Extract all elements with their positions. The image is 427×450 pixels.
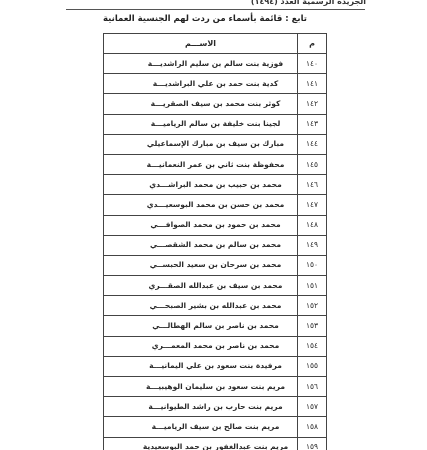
row-name: مريم بنت سعود بن سليمان الوهيبيـــة — [104, 377, 298, 397]
column-header-name: الاســـم — [104, 34, 298, 54]
row-number: ١٥٢ — [298, 296, 327, 316]
table-row: ١٥٠محمد بن سرحان بن سعيد الحبســي — [104, 255, 327, 275]
row-name: محمد بن حسن بن محمد البوسعيـــدي — [104, 195, 298, 215]
row-name-text: محمد بن عبدالله بن بشير الصبحـــي — [104, 297, 297, 315]
row-name: محفوظة بنت ثاني بن عمر النعمانيـــة — [104, 154, 298, 174]
row-number: ١٥٦ — [298, 377, 327, 397]
row-number: ١٤٤ — [298, 134, 327, 154]
row-name: مريم بنت عبدالغفور بن حمد البوسعيدية — [104, 437, 298, 450]
row-number: ١٥٥ — [298, 356, 327, 376]
table-row: ١٤١كدية بنت حمد بن علي البراشديـــة — [104, 74, 327, 94]
column-header-number: م — [298, 34, 327, 54]
row-name-text: لجينا بنت خليفة بن سالم الرياميـــة — [104, 115, 297, 133]
row-name-text: محمد بن ناصر بن سالم الهطالـــي — [104, 317, 297, 335]
table-row: ١٤٤مبارك بن سيف بن مبارك الإسماعيلي — [104, 134, 327, 154]
row-name-text: مريم بنت عبدالغفور بن حمد البوسعيدية — [104, 438, 297, 450]
row-number: ١٤١ — [298, 74, 327, 94]
row-name-text: مريم بنت حارب بن راشد الطيوانيـــة — [104, 398, 297, 416]
row-number: ١٤٥ — [298, 154, 327, 174]
table-row: ١٥٩مريم بنت عبدالغفور بن حمد البوسعيدية — [104, 437, 327, 450]
table-row: ١٥١محمد بن سيف بن عبدالله الصقـــري — [104, 276, 327, 296]
row-name: لجينا بنت خليفة بن سالم الرياميـــة — [104, 114, 298, 134]
row-number: ١٥٨ — [298, 417, 327, 437]
row-name: محمد بن سالم بن محمد الشقصـــي — [104, 235, 298, 255]
row-name: كوثر بنت محمد بن سيف الصقريـــة — [104, 94, 298, 114]
row-name: محمد بن ناصر بن محمد المعمـــري — [104, 336, 298, 356]
row-name: فوزية بنت سالم بن سليم الراشديـــة — [104, 54, 298, 74]
row-number: ١٤٧ — [298, 195, 327, 215]
row-name-text: كوثر بنت محمد بن سيف الصقريـــة — [104, 95, 297, 113]
row-name-text: محمد بن ناصر بن محمد المعمـــري — [104, 337, 297, 355]
row-name-text: محمد بن حمود بن محمد الصوافـــي — [104, 216, 297, 234]
gazette-header: الجريدة الرسمية العدد (١٤٩٤) — [66, 0, 366, 7]
row-name: كدية بنت حمد بن علي البراشديـــة — [104, 74, 298, 94]
table-row: ١٥٧مريم بنت حارب بن راشد الطيوانيـــة — [104, 397, 327, 417]
header-divider — [66, 9, 365, 10]
row-number: ١٤٣ — [298, 114, 327, 134]
table-row: ١٤٦محمد بن حبيب بن محمد البراشـــدي — [104, 175, 327, 195]
row-name: محمد بن سرحان بن سعيد الحبســي — [104, 255, 298, 275]
table-row: ١٤٧محمد بن حسن بن محمد البوسعيـــدي — [104, 195, 327, 215]
row-number: ١٤٨ — [298, 215, 327, 235]
table-row: ١٤٣لجينا بنت خليفة بن سالم الرياميـــة — [104, 114, 327, 134]
row-number: ١٥٠ — [298, 255, 327, 275]
row-name: محمد بن حمود بن محمد الصوافـــي — [104, 215, 298, 235]
table-row: ١٥٦مريم بنت سعود بن سليمان الوهيبيـــة — [104, 377, 327, 397]
row-number: ١٤٦ — [298, 175, 327, 195]
row-name-text: محمد بن سرحان بن سعيد الحبســي — [104, 256, 297, 274]
row-number: ١٥٤ — [298, 336, 327, 356]
row-name-text: محمد بن حبيب بن محمد البراشـــدي — [104, 176, 297, 194]
table-row: ١٤٥محفوظة بنت ثاني بن عمر النعمانيـــة — [104, 154, 327, 174]
row-name: محمد بن عبدالله بن بشير الصبحـــي — [104, 296, 298, 316]
row-name: محمد بن سيف بن عبدالله الصقـــري — [104, 276, 298, 296]
document-title: تابع : قائمة بأسماء من ردت لهم الجنسية ا… — [100, 13, 310, 25]
table-row: ١٥٤محمد بن ناصر بن محمد المعمـــري — [104, 336, 327, 356]
row-name-text: مرفيدة بنت سعود بن علي اليمانيـــة — [104, 357, 297, 375]
row-name: مبارك بن سيف بن مبارك الإسماعيلي — [104, 134, 298, 154]
table-row: ١٤٨محمد بن حمود بن محمد الصوافـــي — [104, 215, 327, 235]
table-row: ١٥٥مرفيدة بنت سعود بن علي اليمانيـــة — [104, 356, 327, 376]
table-row: ١٤٩محمد بن سالم بن محمد الشقصـــي — [104, 235, 327, 255]
row-number: ١٥٣ — [298, 316, 327, 336]
row-number: ١٥١ — [298, 276, 327, 296]
row-name: مرفيدة بنت سعود بن علي اليمانيـــة — [104, 356, 298, 376]
row-name-text: مريم بنت صالح بن سيف الرياميـــة — [104, 418, 297, 436]
row-number: ١٥٩ — [298, 437, 327, 450]
row-name-text: محمد بن سيف بن عبدالله الصقـــري — [104, 277, 297, 295]
row-name: محمد بن حبيب بن محمد البراشـــدي — [104, 175, 298, 195]
names-table: م الاســـم ١٤٠فوزية بنت سالم بن سليم الر… — [103, 33, 327, 450]
row-name-text: محمد بن سالم بن محمد الشقصـــي — [104, 236, 297, 254]
row-name-text: كدية بنت حمد بن علي البراشديـــة — [104, 75, 297, 93]
row-name-text: محفوظة بنت ثاني بن عمر النعمانيـــة — [104, 156, 297, 174]
row-name-text: فوزية بنت سالم بن سليم الراشديـــة — [104, 55, 297, 73]
row-name: مريم بنت حارب بن راشد الطيوانيـــة — [104, 397, 298, 417]
table-row: ١٥٨مريم بنت صالح بن سيف الرياميـــة — [104, 417, 327, 437]
row-name: مريم بنت صالح بن سيف الرياميـــة — [104, 417, 298, 437]
table-row: ١٤٠فوزية بنت سالم بن سليم الراشديـــة — [104, 54, 327, 74]
row-name-text: مريم بنت سعود بن سليمان الوهيبيـــة — [104, 378, 297, 396]
table-row: ١٤٢كوثر بنت محمد بن سيف الصقريـــة — [104, 94, 327, 114]
row-number: ١٤٠ — [298, 54, 327, 74]
row-number: ١٤٩ — [298, 235, 327, 255]
row-number: ١٥٧ — [298, 397, 327, 417]
gazette-header-text: الجريدة الرسمية العدد (١٤٩٤) — [251, 0, 366, 7]
row-number: ١٤٢ — [298, 94, 327, 114]
table-row: ١٥٣محمد بن ناصر بن سالم الهطالـــي — [104, 316, 327, 336]
row-name-text: مبارك بن سيف بن مبارك الإسماعيلي — [104, 135, 297, 153]
table-header-row: م الاســـم — [104, 34, 327, 54]
table-row: ١٥٢محمد بن عبدالله بن بشير الصبحـــي — [104, 296, 327, 316]
row-name-text: محمد بن حسن بن محمد البوسعيـــدي — [104, 196, 297, 214]
row-name: محمد بن ناصر بن سالم الهطالـــي — [104, 316, 298, 336]
